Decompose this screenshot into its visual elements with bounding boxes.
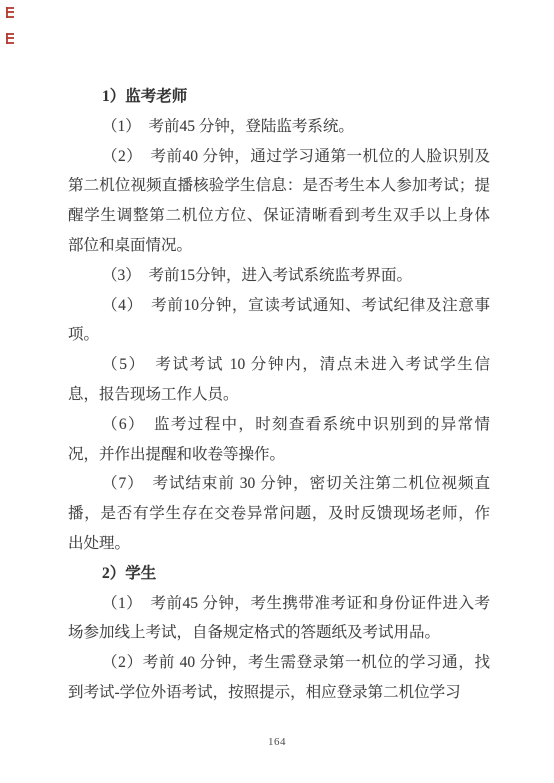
paragraph: （6） 监考过程中，时刻查看系统中识别到的异常情况，并作出提醒和收卷等操作。	[68, 410, 490, 470]
section-heading: 2）学生	[68, 559, 490, 589]
text-line: 部位和桌面情况。	[68, 231, 490, 261]
text-line: 播，是否有学生存在交卷异常问题，及时反馈现场老师，作	[68, 499, 490, 529]
text-line: 项。	[68, 320, 490, 350]
text-line: （5） 考试考试 10 分钟内，清点未进入考试学生信	[68, 350, 490, 380]
text-line: 醒学生调整第二机位方位、保证清晰看到考生双手以上身体	[68, 201, 490, 231]
text-line: 出处理。	[68, 529, 490, 559]
paragraph: （2）考前 40 分钟，考生需登录第一机位的学习通，找到考试-学位外语考试，按照…	[68, 648, 490, 708]
paragraph: （5） 考试考试 10 分钟内，清点未进入考试学生信息，报告现场工作人员。	[68, 350, 490, 410]
text-line: （3） 考前15分钟，进入考试系统监考界面。	[68, 261, 490, 291]
text-line: （7） 考试结束前 30 分钟，密切关注第二机位视频直	[68, 469, 490, 499]
text-line: （1） 考前45 分钟，登陆监考系统。	[68, 112, 490, 142]
text-line: 2）学生	[68, 559, 490, 589]
red-stamp-mark-icon	[6, 33, 14, 44]
paragraph: （4） 考前10分钟，宣读考试通知、考试纪律及注意事项。	[68, 291, 490, 351]
text-line: 息，报告现场工作人员。	[68, 380, 490, 410]
page-number: 164	[0, 736, 554, 748]
paragraph: （3） 考前15分钟，进入考试系统监考界面。	[68, 261, 490, 291]
section-heading: 1）监考老师	[68, 82, 490, 112]
text-line: （4） 考前10分钟，宣读考试通知、考试纪律及注意事	[68, 291, 490, 321]
text-line: 1）监考老师	[68, 82, 490, 112]
paragraph: （1） 考前45 分钟，登陆监考系统。	[68, 112, 490, 142]
text-line: 到考试-学位外语考试，按照提示，相应登录第二机位学习	[68, 678, 490, 708]
text-line: （2）考前 40 分钟，考生需登录第一机位的学习通，找	[68, 648, 490, 678]
paragraph: （1） 考前45 分钟，考生携带准考证和身份证件进入考场参加线上考试，自备规定格…	[68, 589, 490, 649]
red-stamp-mark-icon	[6, 7, 14, 18]
paragraph: （7） 考试结束前 30 分钟，密切关注第二机位视频直播，是否有学生存在交卷异常…	[68, 469, 490, 558]
text-line: （2） 考前40 分钟，通过学习通第一机位的人脸识别及	[68, 142, 490, 172]
text-line: 第二机位视频直播核验学生信息：是否考生本人参加考试；提	[68, 171, 490, 201]
text-line: （6） 监考过程中，时刻查看系统中识别到的异常情	[68, 410, 490, 440]
text-line: 场参加线上考试，自备规定格式的答题纸及考试用品。	[68, 618, 490, 648]
document-page: 1）监考老师（1） 考前45 分钟，登陆监考系统。（2） 考前40 分钟，通过学…	[0, 0, 554, 783]
text-line: 况，并作出提醒和收卷等操作。	[68, 440, 490, 470]
text-line: （1） 考前45 分钟，考生携带准考证和身份证件进入考	[68, 589, 490, 619]
text-body: 1）监考老师（1） 考前45 分钟，登陆监考系统。（2） 考前40 分钟，通过学…	[68, 82, 490, 708]
paragraph: （2） 考前40 分钟，通过学习通第一机位的人脸识别及第二机位视频直播核验学生信…	[68, 142, 490, 261]
